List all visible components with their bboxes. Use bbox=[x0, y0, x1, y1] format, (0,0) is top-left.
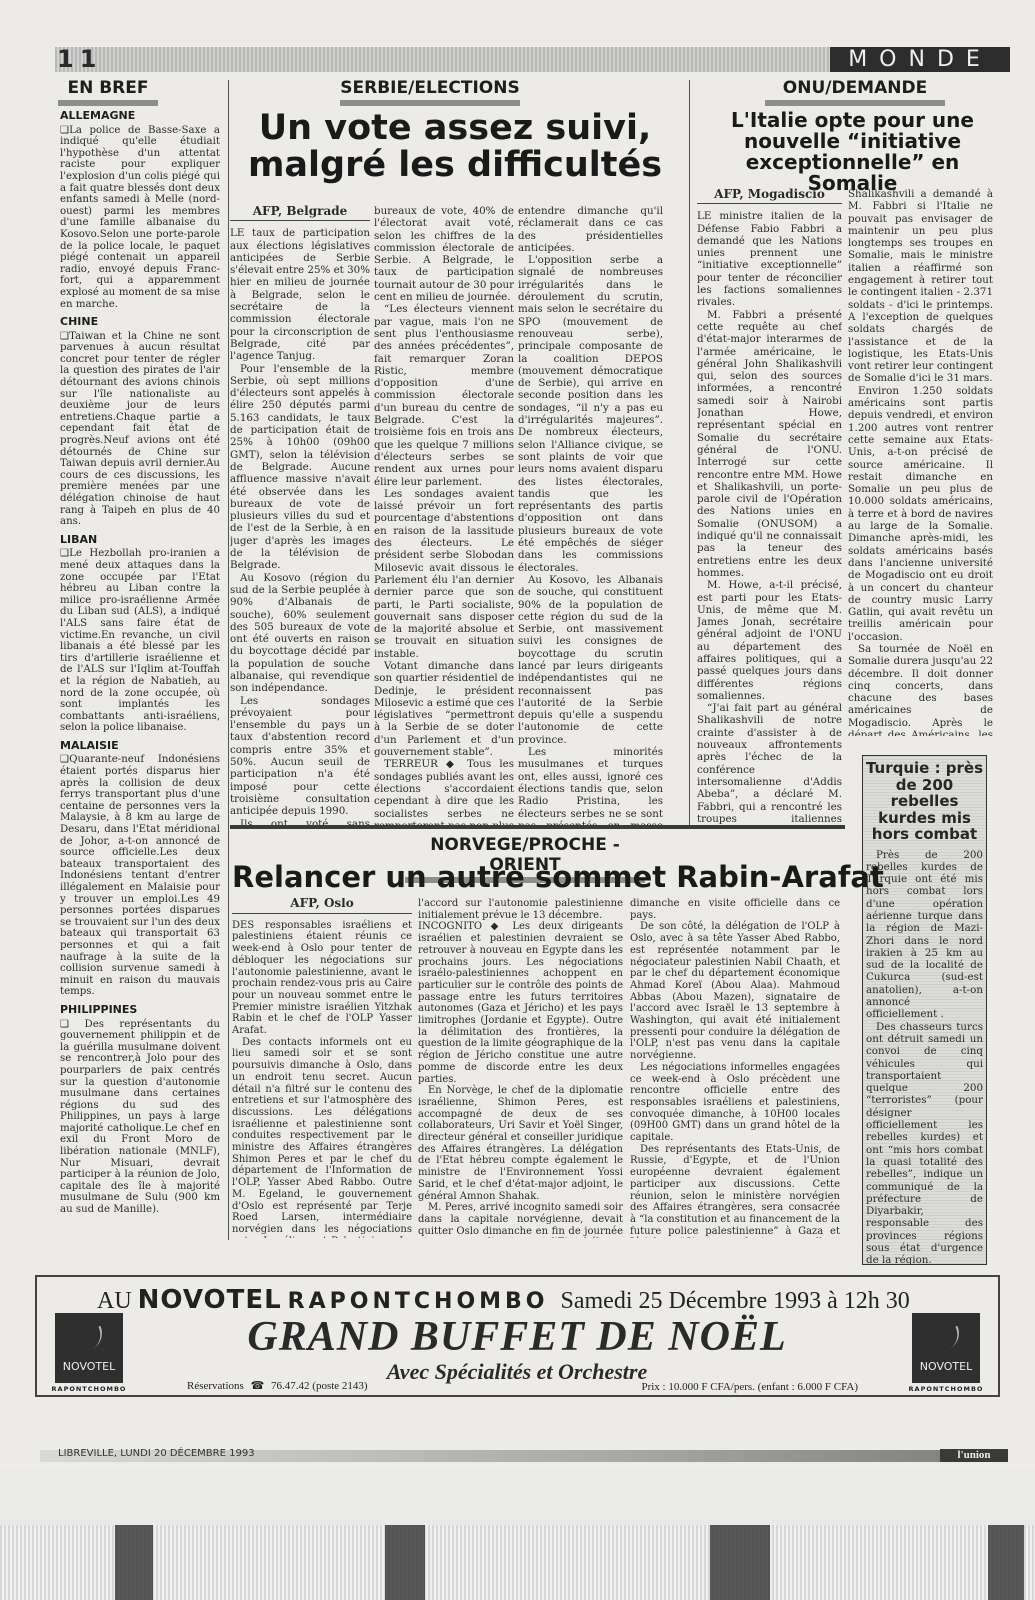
serbie-para: Pour l'ensemble de la Serbie, où sept mi… bbox=[230, 363, 370, 572]
section-divider bbox=[230, 825, 845, 829]
onu-para: Shalikashvili a demandé à M. Fabbri si l… bbox=[848, 188, 993, 385]
serbie-para: entendre dimanche qu'il réclamerait dans… bbox=[518, 205, 663, 254]
page-number: 11 bbox=[57, 47, 102, 72]
ad-title: GRAND BUFFET DE NOËL bbox=[207, 1313, 827, 1361]
ad-header-line: AU NOVOTEL RAPONTCHOMBO Samedi 25 Décemb… bbox=[97, 1285, 957, 1315]
brief-item: ALLEMAGNE ❑La police de Basse-Saxe a ind… bbox=[60, 110, 220, 310]
onu-para: LE ministre italien de la Défense Fabio … bbox=[697, 210, 842, 308]
serbie-para: LE taux de participation aux élections l… bbox=[230, 227, 370, 362]
scan-artifact-strip bbox=[0, 1525, 1035, 1600]
turquie-para: Des chasseurs turcs ont détruit samedi u… bbox=[866, 1021, 983, 1264]
onu-column-2: Shalikashvili a demandé à M. Fabbri si l… bbox=[848, 188, 993, 736]
onu-para: M. Howe, a-t-il précisé, est parti pour … bbox=[697, 579, 842, 702]
serbie-kicker: SERBIE/ELECTIONS bbox=[340, 78, 520, 106]
onu-para: Environ 1.250 soldats américains sont pa… bbox=[848, 385, 993, 643]
scan-artifact-bar bbox=[988, 1525, 1024, 1600]
brief-item: PHILIPPINES ❑ Des représentants du gouve… bbox=[60, 1004, 220, 1216]
logo-caption-left: RAPONTCHOMBO bbox=[49, 1385, 129, 1393]
scan-artifact-bar bbox=[385, 1525, 425, 1600]
novotel-logo-right: NOVOTEL bbox=[912, 1313, 980, 1383]
serbie-para: L'opposition serbe a signalé de nombreus… bbox=[518, 254, 663, 574]
norvege-column-1: AFP, Oslo DES responsables israéliens et… bbox=[232, 898, 412, 1238]
brief-item: LIBAN ❑Le Hezbollah pro-iranien a mené d… bbox=[60, 534, 220, 734]
serbie-para: “Les électeurs viennent par vague, mais … bbox=[374, 303, 514, 487]
norvege-para: l'accord sur l'autonomie palestinienne i… bbox=[418, 898, 623, 921]
norvege-para: De son côté, la délégation de l'OLP à Os… bbox=[630, 921, 840, 1061]
serbie-para: bureaux de vote, 40% de l'électorat avai… bbox=[374, 205, 514, 303]
norvege-para: Les négociations informelles engagées ce… bbox=[630, 1062, 840, 1144]
norvege-para: En Norvège, le chef de la diplomatie isr… bbox=[418, 1085, 623, 1202]
onu-byline: AFP, Mogadiscio bbox=[697, 188, 842, 204]
serbie-column-2: bureaux de vote, 40% de l'électorat avai… bbox=[374, 205, 514, 825]
onu-para: “J'ai fait part au général Shalikashvili… bbox=[697, 702, 842, 825]
swoosh-icon bbox=[939, 1326, 965, 1351]
norvege-para: M. Peres, arrivé incognito samedi soir d… bbox=[418, 1202, 623, 1238]
onu-para: M. Fabbri a présenté cette requête au ch… bbox=[697, 309, 842, 580]
norvege-headline: Relancer un autre sommet Rabin-Arafat bbox=[232, 862, 832, 892]
footer-date: LIBREVILLE, LUNDI 20 DÉCEMBRE 1993 bbox=[58, 1448, 255, 1459]
brief-country: LIBAN bbox=[60, 534, 220, 546]
serbie-para: Les minorités musulmanes et turques ont,… bbox=[518, 746, 663, 825]
serbie-column-3: entendre dimanche qu'il réclamerait dans… bbox=[518, 205, 663, 825]
ad-reservations: Réservations ☎ 76.47.42 (poste 2143) bbox=[187, 1379, 368, 1392]
en-bref-kicker: EN BREF bbox=[58, 78, 158, 106]
norvege-para: INCOGNITO ◆ Les deux dirigeants israélie… bbox=[418, 921, 623, 1085]
turquie-box: Turquie : près de 200 rebelles kurdes mi… bbox=[862, 755, 987, 1265]
scan-artifact-bar bbox=[710, 1525, 770, 1600]
onu-kicker: ONU/DEMANDE bbox=[765, 78, 945, 106]
serbie-para: Ils ont voté sans enthousiasme pour dési… bbox=[230, 818, 370, 825]
serbie-para: Votant dimanche dans son quartier réside… bbox=[374, 660, 514, 758]
norvege-para: DES responsables israéliens et palestini… bbox=[232, 920, 412, 1037]
ad-date-time: Samedi 25 Décembre 1993 à 12h 30 bbox=[561, 1288, 910, 1314]
newspaper-page: 11 MONDE EN BREF ALLEMAGNE ❑La police de… bbox=[0, 0, 1035, 1470]
logo-caption-right: RAPONTCHOMBO bbox=[906, 1385, 986, 1393]
serbie-column-1: AFP, Belgrade LE taux de participation a… bbox=[230, 205, 370, 825]
turquie-body: Près de 200 rebelles kurdes de Turquie o… bbox=[863, 849, 986, 1264]
serbie-headline: Un vote assez suivi, malgré les difficul… bbox=[235, 110, 675, 184]
onu-column-1: AFP, Mogadiscio LE ministre italien de l… bbox=[697, 188, 842, 825]
column-divider bbox=[228, 80, 229, 1240]
novotel-logo-left: NOVOTEL bbox=[55, 1313, 123, 1383]
ad-brand-location: RAPONTCHOMBO bbox=[288, 1289, 549, 1314]
brief-text: ❑ Des représentants du gouvernement phil… bbox=[60, 1019, 220, 1216]
ad-prefix: AU bbox=[97, 1288, 132, 1314]
ad-price: Prix : 10.000 F CFA/pers. (enfant : 6.00… bbox=[641, 1381, 858, 1393]
brief-item: MALAISIE ❑Quarante-neuf Indonésiens étai… bbox=[60, 740, 220, 998]
turquie-headline: Turquie : près de 200 rebelles kurdes mi… bbox=[863, 756, 986, 849]
scan-artifact-bar bbox=[115, 1525, 153, 1600]
newspaper-brand: l'union bbox=[940, 1449, 1008, 1462]
norvege-column-2: l'accord sur l'autonomie palestinienne i… bbox=[418, 898, 623, 1238]
en-bref-column: ALLEMAGNE ❑La police de Basse-Saxe a ind… bbox=[60, 108, 220, 1238]
brief-country: PHILIPPINES bbox=[60, 1004, 220, 1016]
onu-para: Sa tournée de Noël en Somalie durera jus… bbox=[848, 643, 993, 736]
serbie-para: Les sondages prévoyaient pour l'ensemble… bbox=[230, 695, 370, 818]
brief-text: ❑Taiwan et la Chine ne sont parvenues à … bbox=[60, 331, 220, 528]
norvege-para: Des contacts informels ont eu lieu samed… bbox=[232, 1037, 412, 1238]
section-label: MONDE bbox=[830, 47, 1010, 72]
serbie-para: Au Kosovo (région du sud de la Serbie pe… bbox=[230, 572, 370, 695]
norvege-para: Des représentants des Etats-Unis, de Rus… bbox=[630, 1144, 840, 1238]
onu-headline: L'Italie opte pour une nouvelle “initiat… bbox=[700, 110, 1005, 194]
ad-brand: NOVOTEL bbox=[138, 1285, 282, 1315]
serbie-byline: AFP, Belgrade bbox=[230, 205, 370, 221]
brief-text: ❑Quarante-neuf Indonésiens étaient porté… bbox=[60, 754, 220, 997]
novotel-advertisement: AU NOVOTEL RAPONTCHOMBO Samedi 25 Décemb… bbox=[35, 1275, 1000, 1397]
norvege-byline: AFP, Oslo bbox=[232, 898, 412, 914]
serbie-para: Au Kosovo, les Albanais de souche, qui c… bbox=[518, 574, 663, 746]
phone-icon: ☎ bbox=[251, 1380, 265, 1392]
serbie-para: Les sondages avaient laissé prévoir un f… bbox=[374, 488, 514, 660]
brief-country: MALAISIE bbox=[60, 740, 220, 752]
brief-text: ❑La police de Basse-Saxe a indiqué qu'el… bbox=[60, 125, 220, 311]
brief-item: CHINE ❑Taiwan et la Chine ne sont parven… bbox=[60, 316, 220, 528]
norvege-para: dimanche en visite officielle dans ce pa… bbox=[630, 898, 840, 921]
column-divider bbox=[689, 80, 690, 825]
brief-country: ALLEMAGNE bbox=[60, 110, 220, 122]
serbie-para: TERREUR ◆ Tous les sondages publiés avan… bbox=[374, 758, 514, 825]
norvege-column-3: dimanche en visite officielle dans ce pa… bbox=[630, 898, 840, 1238]
brief-country: CHINE bbox=[60, 316, 220, 328]
swoosh-icon bbox=[82, 1326, 108, 1351]
brief-text: ❑Le Hezbollah pro-iranien a mené deux at… bbox=[60, 548, 220, 734]
